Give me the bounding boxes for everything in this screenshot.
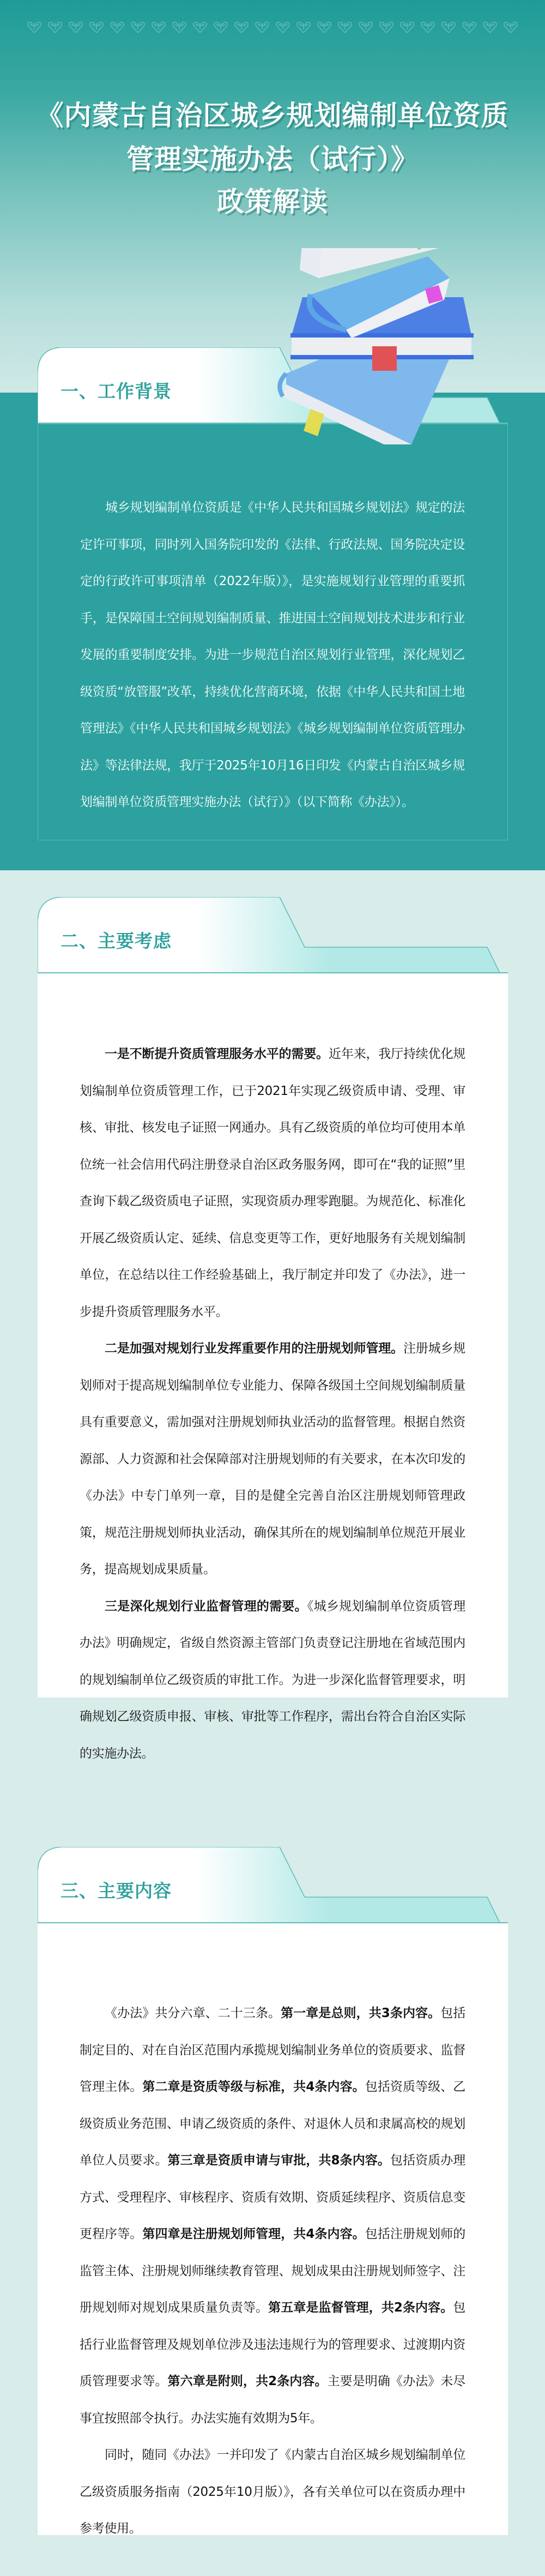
mongolian-ornament-icon [482,21,498,34]
section-body: 一是不断提升资质管理服务水平的需要。近年来，我厅持续优化规划编制单位资质管理工作… [38,973,508,1698]
paragraph: 三是深化规划行业监督管理的需要。《城乡规划编制单位资质管理办法》明确规定，省级自… [80,1588,465,1773]
mongolian-ornament-icon [213,21,229,34]
emphasis-text: 第二章是资质等级与标准，共4条内容。 [142,2080,365,2094]
section-body: 城乡规划编制单位资质是《中华人民共和国城乡规划法》规定的法定许可事项，同时列入国… [38,424,508,840]
body-text: 近年来，我厅持续优化规划编制单位资质管理工作，已于2021年实现乙级资质申请、受… [80,1047,465,1319]
emphasis-text: 三是深化规划行业监督管理的需要。 [105,1599,307,1614]
section-title: 二、主要考虑 [60,927,172,953]
paragraph: 城乡规划编制单位资质是《中华人民共和国城乡规划法》规定的法定许可事项，同时列入国… [80,490,465,821]
emphasis-text: 第四章是注册规划师管理，共4条内容。 [142,2227,365,2241]
mongolian-ornament-icon [150,21,167,34]
emphasis-text: 第一章是总则，共3条内容。 [281,2006,440,2020]
mongolian-ornament-icon [109,21,125,34]
emphasis-text: 二是加强对规划行业发挥重要作用的注册规划师管理。 [105,1341,403,1356]
mongolian-ornament-icon [254,21,270,34]
books-illustration-icon [270,248,510,444]
mongolian-ornament-icon [420,21,436,34]
body-text: 注册城乡规划师对于提高规划编制单位专业能力、保障各级国土空间规划编制质量具有重要… [80,1341,465,1576]
mongolian-ornament-icon [295,21,312,34]
mongolian-ornament-icon [171,21,187,34]
mongolian-ornament-icon [316,21,332,34]
mongolian-ornament-icon [275,21,291,34]
emphasis-text: 第六章是附则，共2条内容。 [168,2374,328,2388]
section-title: 一、工作背景 [60,377,172,403]
section-header: 二、主要考虑 [38,897,508,973]
section-header: 三、主要内容 [38,1847,508,1923]
paragraph: 《办法》共分六章、二十三条。第一章是总则，共3条内容。包括制定目的、对在自治区范… [80,1995,465,2437]
mongolian-ornament-icon [502,21,519,34]
section-title: 三、主要内容 [60,1877,172,1903]
mongolian-ornament-icon [358,21,374,34]
ornament-pattern-row [26,21,519,37]
section-body: 《办法》共分六章、二十三条。第一章是总则，共3条内容。包括制定目的、对在自治区范… [38,1923,508,2535]
page-title-line-1: 《内蒙古自治区城乡规划编制单位资质 [0,94,545,133]
mongolian-ornament-icon [192,21,208,34]
body-text: 《办法》共分六章、二十三条。 [105,2006,281,2020]
section-main-content: 三、主要内容 《办法》共分六章、二十三条。第一章是总则，共3条内容。包括制定目的… [38,1847,508,2535]
paragraph: 一是不断提升资质管理服务水平的需要。近年来，我厅持续优化规划编制单位资质管理工作… [80,1036,465,1331]
mongolian-ornament-icon [26,21,43,34]
emphasis-text: 一是不断提升资质管理服务水平的需要。 [105,1047,329,1061]
mongolian-ornament-icon [440,21,457,34]
body-text: 城乡规划编制单位资质是《中华人民共和国城乡规划法》规定的法定许可事项，同时列入国… [80,501,465,809]
mongolian-ornament-icon [337,21,353,34]
paragraph: 同时，随同《办法》一并印发了《内蒙古自治区城乡规划编制单位乙级资质服务指南（20… [80,2437,465,2548]
mongolian-ornament-icon [47,21,63,34]
mongolian-ornament-icon [461,21,477,34]
mongolian-ornament-icon [399,21,415,34]
body-text: 同时，随同《办法》一并印发了《内蒙古自治区城乡规划编制单位乙级资质服务指南（20… [80,2448,465,2536]
emphasis-text: 第三章是资质申请与审批，共8条内容。 [168,2153,390,2168]
body-text: 《城乡规划编制单位资质管理办法》明确规定，省级自然资源主管部门负责登记注册地在省… [80,1599,465,1761]
emphasis-text: 第五章是监督管理，共2条内容。 [268,2301,453,2315]
page-subtitle: 政策解读 [0,180,545,219]
mongolian-ornament-icon [88,21,105,34]
section-main-considerations: 二、主要考虑 一是不断提升资质管理服务水平的需要。近年来，我厅持续优化规划编制单… [38,897,508,1698]
page-title-line-2: 管理实施办法（试行）》 [0,137,545,177]
mongolian-ornament-icon [68,21,84,34]
mongolian-ornament-icon [130,21,146,34]
mongolian-ornament-icon [233,21,250,34]
mongolian-ornament-icon [378,21,395,34]
paragraph: 二是加强对规划行业发挥重要作用的注册规划师管理。注册城乡规划师对于提高规划编制单… [80,1331,465,1588]
